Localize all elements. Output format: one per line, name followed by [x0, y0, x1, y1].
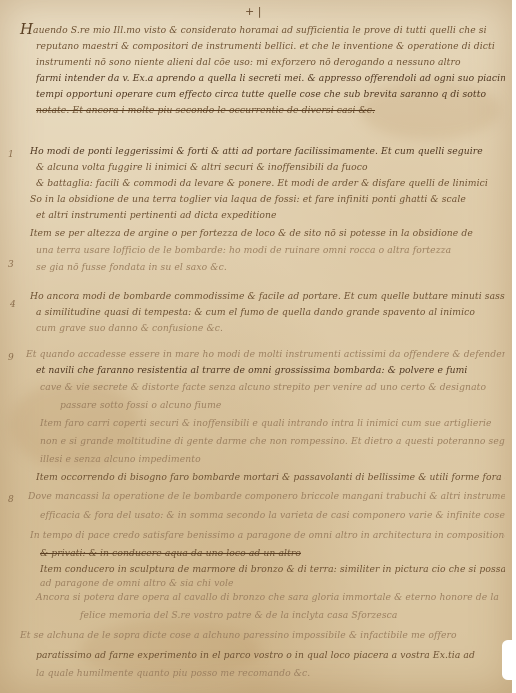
text-line: et navili che faranno resistentia al tra… — [36, 365, 467, 376]
text-line: se gia nō fusse fondata in su el saxo &c… — [36, 262, 227, 273]
text-line: So in la obsidione de una terra toglier … — [30, 194, 466, 205]
text-line: tempi opportuni operare cum effecto circ… — [36, 89, 486, 100]
text-line: a similitudine quasi di tempesta: & cum … — [36, 307, 475, 318]
text-line: cum grave suo danno & confusione &c. — [36, 323, 223, 334]
text-line: Ancora si potera dare opera al cavallo d… — [36, 592, 499, 603]
text-line: Ho ancora modi de bombarde commodissime … — [30, 291, 505, 302]
text-line: la quale humilmente quanto piu posso me … — [36, 668, 310, 679]
text-line: & privati: & in conducere aqua da uno lo… — [40, 548, 301, 559]
text-line: efficacia & fora del usato: & in somma s… — [40, 510, 505, 521]
text-line: Dove mancassi la operatione de le bombar… — [28, 491, 505, 502]
text-line: paratissimo ad farne experimento in el p… — [36, 650, 475, 661]
text-line: et altri instrumenti pertinenti ad dicta… — [36, 210, 277, 221]
text-line: cave & vie secrete & distorte facte senz… — [40, 382, 486, 393]
text-line: notate. Et ancora i molte piu secondo le… — [36, 105, 375, 116]
text-line: & battaglia: facili & commodi da levare … — [36, 178, 488, 189]
text-line: felice memoria del S.re vostro patre & d… — [80, 610, 398, 621]
text-line: auendo S.re mio Ill.mo visto & considera… — [33, 25, 487, 36]
text-line: Ho modi de ponti leggerissimi & forti & … — [30, 146, 483, 157]
paragraph-numeral: 8 — [8, 495, 14, 505]
text-line: Et se alchuna de le sopra dicte cose a a… — [20, 630, 457, 641]
paragraph-initial: H — [20, 20, 33, 38]
text-line: illesi e senza alcuno impedimento — [40, 454, 201, 465]
text-line: passare sotto fossi o alcuno fiume — [60, 400, 221, 411]
paragraph-numeral: 1 — [8, 150, 14, 160]
paragraph-numeral: 3 — [8, 260, 14, 270]
text-line: In tempo di pace credo satisfare benissi… — [30, 530, 505, 541]
text-line: Item conducero in sculptura de marmore d… — [40, 564, 505, 575]
text-line: non e si grande moltitudine di gente dar… — [40, 436, 505, 447]
paragraph-numeral: 9 — [8, 353, 14, 363]
text-line: Et quando accadesse essere in mare ho mo… — [26, 349, 505, 360]
paper-tear — [502, 640, 512, 680]
text-line: ad paragone de omni altro & sia chi vole — [40, 578, 234, 589]
text-line: farmi intender da v. Ex.a aprendo a quel… — [36, 73, 505, 84]
paragraph-numeral: 4 — [10, 300, 16, 310]
text-line: Item se per altezza de argine o per fort… — [30, 228, 473, 239]
manuscript-page: + | H auendo S.re mio Ill.mo visto & con… — [0, 0, 512, 693]
text-line: & alcuna volta fuggire li inimici & altr… — [36, 162, 368, 173]
text-line: una terra usare lofficio de le bombarde:… — [36, 245, 451, 256]
text-line: instrumenti nō sono niente alieni dal cō… — [36, 57, 461, 68]
text-line: Item occorrendo di bisogno faro bombarde… — [36, 472, 505, 483]
text-line: reputano maestri & compositori de instru… — [36, 41, 495, 52]
text-line: Item faro carri coperti securi & inoffen… — [40, 418, 492, 429]
header-cross-mark: + | — [245, 5, 261, 18]
